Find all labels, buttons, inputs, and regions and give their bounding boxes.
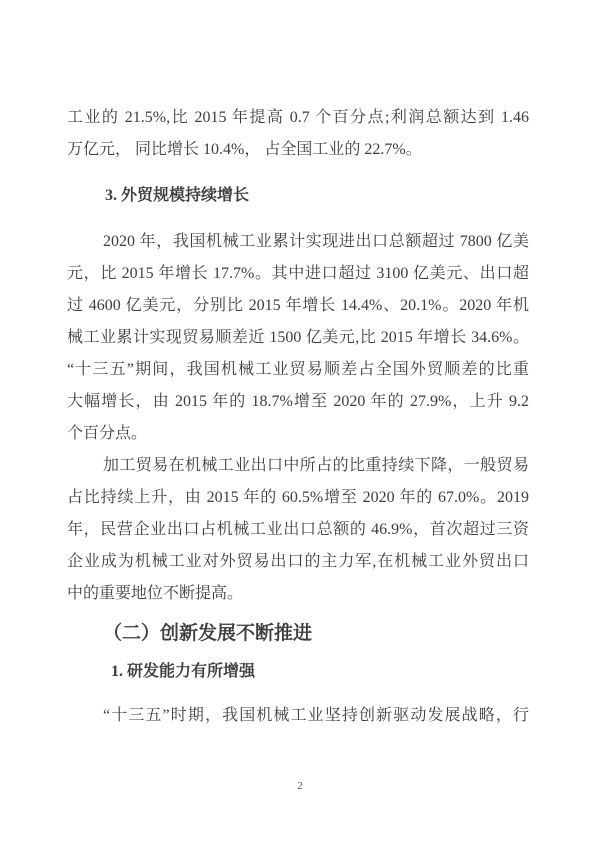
section-heading-trade: 3. 外贸规模持续增长 xyxy=(67,180,529,212)
paragraph-line: 年，民营企业出口占机械工业出口总额的 46.9%，首次超过三资 xyxy=(67,514,529,546)
section-heading-innovation: （二）创新发展不断推进 xyxy=(67,616,529,652)
page-content: 工业的 21.5%,比 2015 年提高 0.7 个百分点;利润总额达到 1.4… xyxy=(67,102,529,732)
page-number: 2 xyxy=(0,778,600,794)
subsection-heading-rd: 1. 研发能力有所增强 xyxy=(67,656,529,688)
paragraph-line: 械工业累计实现贸易顺差近 1500 亿美元,比 2015 年增长 34.6%。 xyxy=(67,322,529,354)
paragraph-line: “十三五”期间，我国机械工业贸易顺差占全国外贸顺差的比重 xyxy=(67,354,529,386)
document-page: 工业的 21.5%,比 2015 年提高 0.7 个百分点;利润总额达到 1.4… xyxy=(0,0,600,848)
paragraph-line: 占比持续上升，由 2015 年的 60.5%增至 2020 年的 67.0%。2… xyxy=(67,482,529,514)
paragraph-line: 过 4600 亿美元，分别比 2015 年增长 14.4%、20.1%。2020… xyxy=(67,290,529,322)
paragraph-line: 大幅增长，由 2015 年的 18.7%增至 2020 年的 27.9%，上升 … xyxy=(67,386,529,418)
paragraph-line: 个百分点。 xyxy=(67,418,529,450)
paragraph-line: 2020 年，我国机械工业累计实现进出口总额超过 7800 亿美 xyxy=(67,226,529,258)
paragraph-line: 企业成为机械工业对外贸易出口的主力军,在机械工业外贸出口 xyxy=(67,546,529,578)
paragraph-line: “十三五”时期，我国机械工业坚持创新驱动发展战略，行 xyxy=(67,700,529,732)
paragraph-line: 加工贸易在机械工业出口中所占的比重持续下降，一般贸易 xyxy=(67,450,529,482)
paragraph-line: 万亿元， 同比增长 10.4%， 占全国工业的 22.7%。 xyxy=(67,134,529,166)
paragraph-line: 中的重要地位不断提高。 xyxy=(67,578,529,610)
paragraph-line: 工业的 21.5%,比 2015 年提高 0.7 个百分点;利润总额达到 1.4… xyxy=(67,102,529,134)
paragraph-line: 元，比 2015 年增长 17.7%。其中进口超过 3100 亿美元、出口超 xyxy=(67,258,529,290)
